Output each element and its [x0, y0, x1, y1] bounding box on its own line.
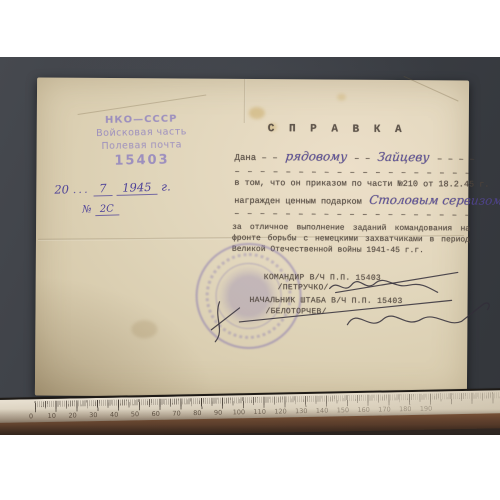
date-suffix: г. [161, 179, 171, 193]
ruler-number: 50 [124, 410, 145, 418]
reg-label: № [82, 204, 92, 215]
corner-crease [78, 95, 207, 115]
award-label: награжден ценным подарком [234, 196, 362, 207]
handwritten-reg-number: № 2С [82, 203, 119, 215]
dash-fill: – – [262, 153, 278, 163]
handwritten-date: 20 ... 7 1945 г. [54, 179, 171, 196]
certificate-paper: НКО—СССР Войсковая часть Полевая почта 1… [35, 77, 469, 398]
body-line-award: награжден ценным подарком Столовым серви… [234, 192, 500, 208]
ruler-number: 130 [291, 407, 312, 415]
field-post-stamp: НКО—СССР Войсковая часть Полевая почта 1… [78, 113, 205, 169]
ruler-number: 90 [208, 409, 229, 417]
flourish-cross [211, 308, 239, 330]
ruler-number: 60 [145, 410, 166, 418]
flourish-cross [215, 302, 219, 342]
date-day: 20 [54, 182, 69, 196]
handwritten-surname: Зайцеву [377, 150, 430, 164]
ruler-wood-body [0, 413, 500, 435]
dash-row: – – – – – – – – – – – – – – – – – – – – … [234, 167, 468, 179]
ruler-number: 30 [83, 411, 104, 419]
dash-row: – – – – – – – – – – – – – – – – – – – – … [234, 209, 468, 221]
handwritten-gift: Столовым сервизом [368, 193, 500, 208]
chief-signature-stroke [347, 302, 489, 326]
stamp-line: Войсковая часть [78, 126, 204, 139]
ruler-number: 0 [21, 412, 42, 420]
stamp-unit-number: 15403 [79, 152, 205, 169]
ink-signatures [185, 262, 486, 396]
stamp-line: НКО—СССР [78, 113, 204, 126]
paper-stain [337, 94, 346, 101]
corner-crease [404, 76, 459, 102]
dash-fill: – – [354, 154, 370, 164]
ruler-number: 20 [62, 411, 83, 419]
body-line-order: в том, что он приказом по части №210 от … [234, 178, 489, 190]
ruler-number: 120 [270, 407, 291, 415]
photo-background: НКО—СССР Войсковая часть Полевая почта 1… [0, 57, 500, 435]
ruler-number: 80 [187, 409, 208, 417]
body-line-given: Дана – – рядовому – – Зайцеву – – – – [235, 149, 475, 165]
date-year: 1945 [116, 180, 158, 196]
ruler-number: 100 [228, 408, 249, 416]
vertical-fold-crease [244, 79, 246, 123]
dash-fill: – – – – [437, 154, 475, 164]
ruler-number: 70 [166, 409, 187, 417]
ruler-number: 10 [41, 412, 62, 420]
document-title: С П Р А В К А [268, 123, 406, 136]
ruler-number: 40 [104, 411, 125, 419]
handwritten-rank: рядовому [284, 149, 347, 163]
ruler-number: 110 [249, 408, 270, 416]
date-separator: ... [72, 182, 89, 196]
stamp-line: Полевая почта [79, 139, 205, 152]
date-month: 7 [93, 181, 113, 197]
given-label: Дана [235, 153, 257, 163]
paper-stain [249, 107, 265, 119]
reg-value: 2С [95, 203, 119, 216]
